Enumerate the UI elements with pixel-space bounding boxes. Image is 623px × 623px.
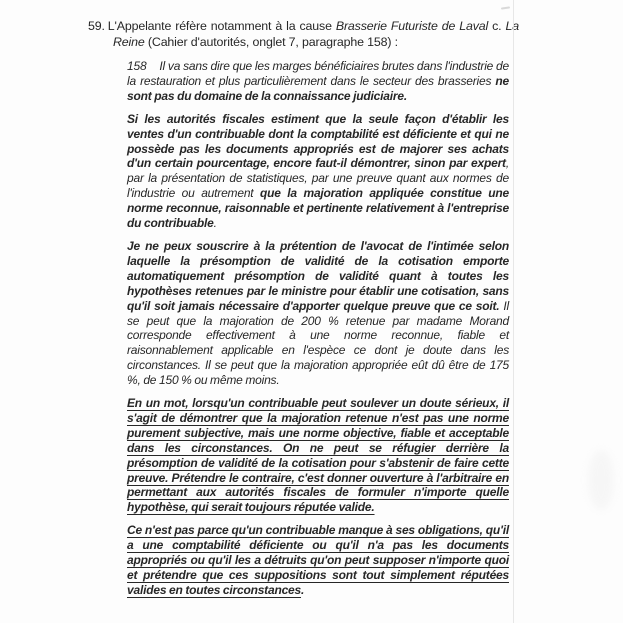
paragraph-59: 59.L'Appelante réfère notamment à la cau…	[113, 19, 519, 50]
quote-paragraph-5: Ce n'est pas parce qu'un contribuable ma…	[127, 523, 509, 598]
quote-5-final-period: .	[301, 583, 304, 597]
quote-2-bold-opening: Si les autorités fiscales estiment que l…	[127, 112, 509, 171]
quote-4-underlined-text: En un mot, lorsqu'un contribuable peut s…	[127, 396, 509, 514]
quote-2-final-period: .	[214, 216, 217, 230]
scan-line-artifact	[513, 0, 514, 623]
quote-3-bold-opening: Je ne peux souscrire à la prétention de …	[127, 239, 509, 313]
paragraph-number: 59.	[88, 19, 105, 33]
scanned-legal-document-page: 59.L'Appelante réfère notamment à la cau…	[0, 0, 623, 623]
case-name-appellant: Brasserie Futuriste de Laval	[336, 19, 488, 33]
versus-abbreviation: c.	[488, 19, 505, 33]
quote-5-underlined-text: Ce n'est pas parce qu'un contribuable ma…	[127, 523, 509, 597]
quote-paragraph-158: 158Il va sans dire que les marges bénéfi…	[127, 59, 509, 104]
quote-158-plain-text: Il va sans dire que les marges bénéficia…	[127, 59, 509, 88]
quote-paragraph-4: En un mot, lorsqu'un contribuable peut s…	[127, 396, 509, 515]
paragraph-59-intro: L'Appelante réfère notamment à la cause	[108, 19, 336, 33]
quoted-paragraph-number: 158	[127, 59, 146, 73]
scan-mark-artifact	[501, 6, 510, 9]
quote-paragraph-3: Je ne peux souscrire à la prétention de …	[127, 239, 509, 388]
scan-smudge-artifact	[588, 450, 614, 510]
block-quote-container: 158Il va sans dire que les marges bénéfi…	[127, 59, 509, 598]
quote-paragraph-2: Si les autorités fiscales estiment que l…	[127, 112, 509, 231]
citation-reference: (Cahier d'autorités, onglet 7, paragraph…	[145, 35, 398, 49]
